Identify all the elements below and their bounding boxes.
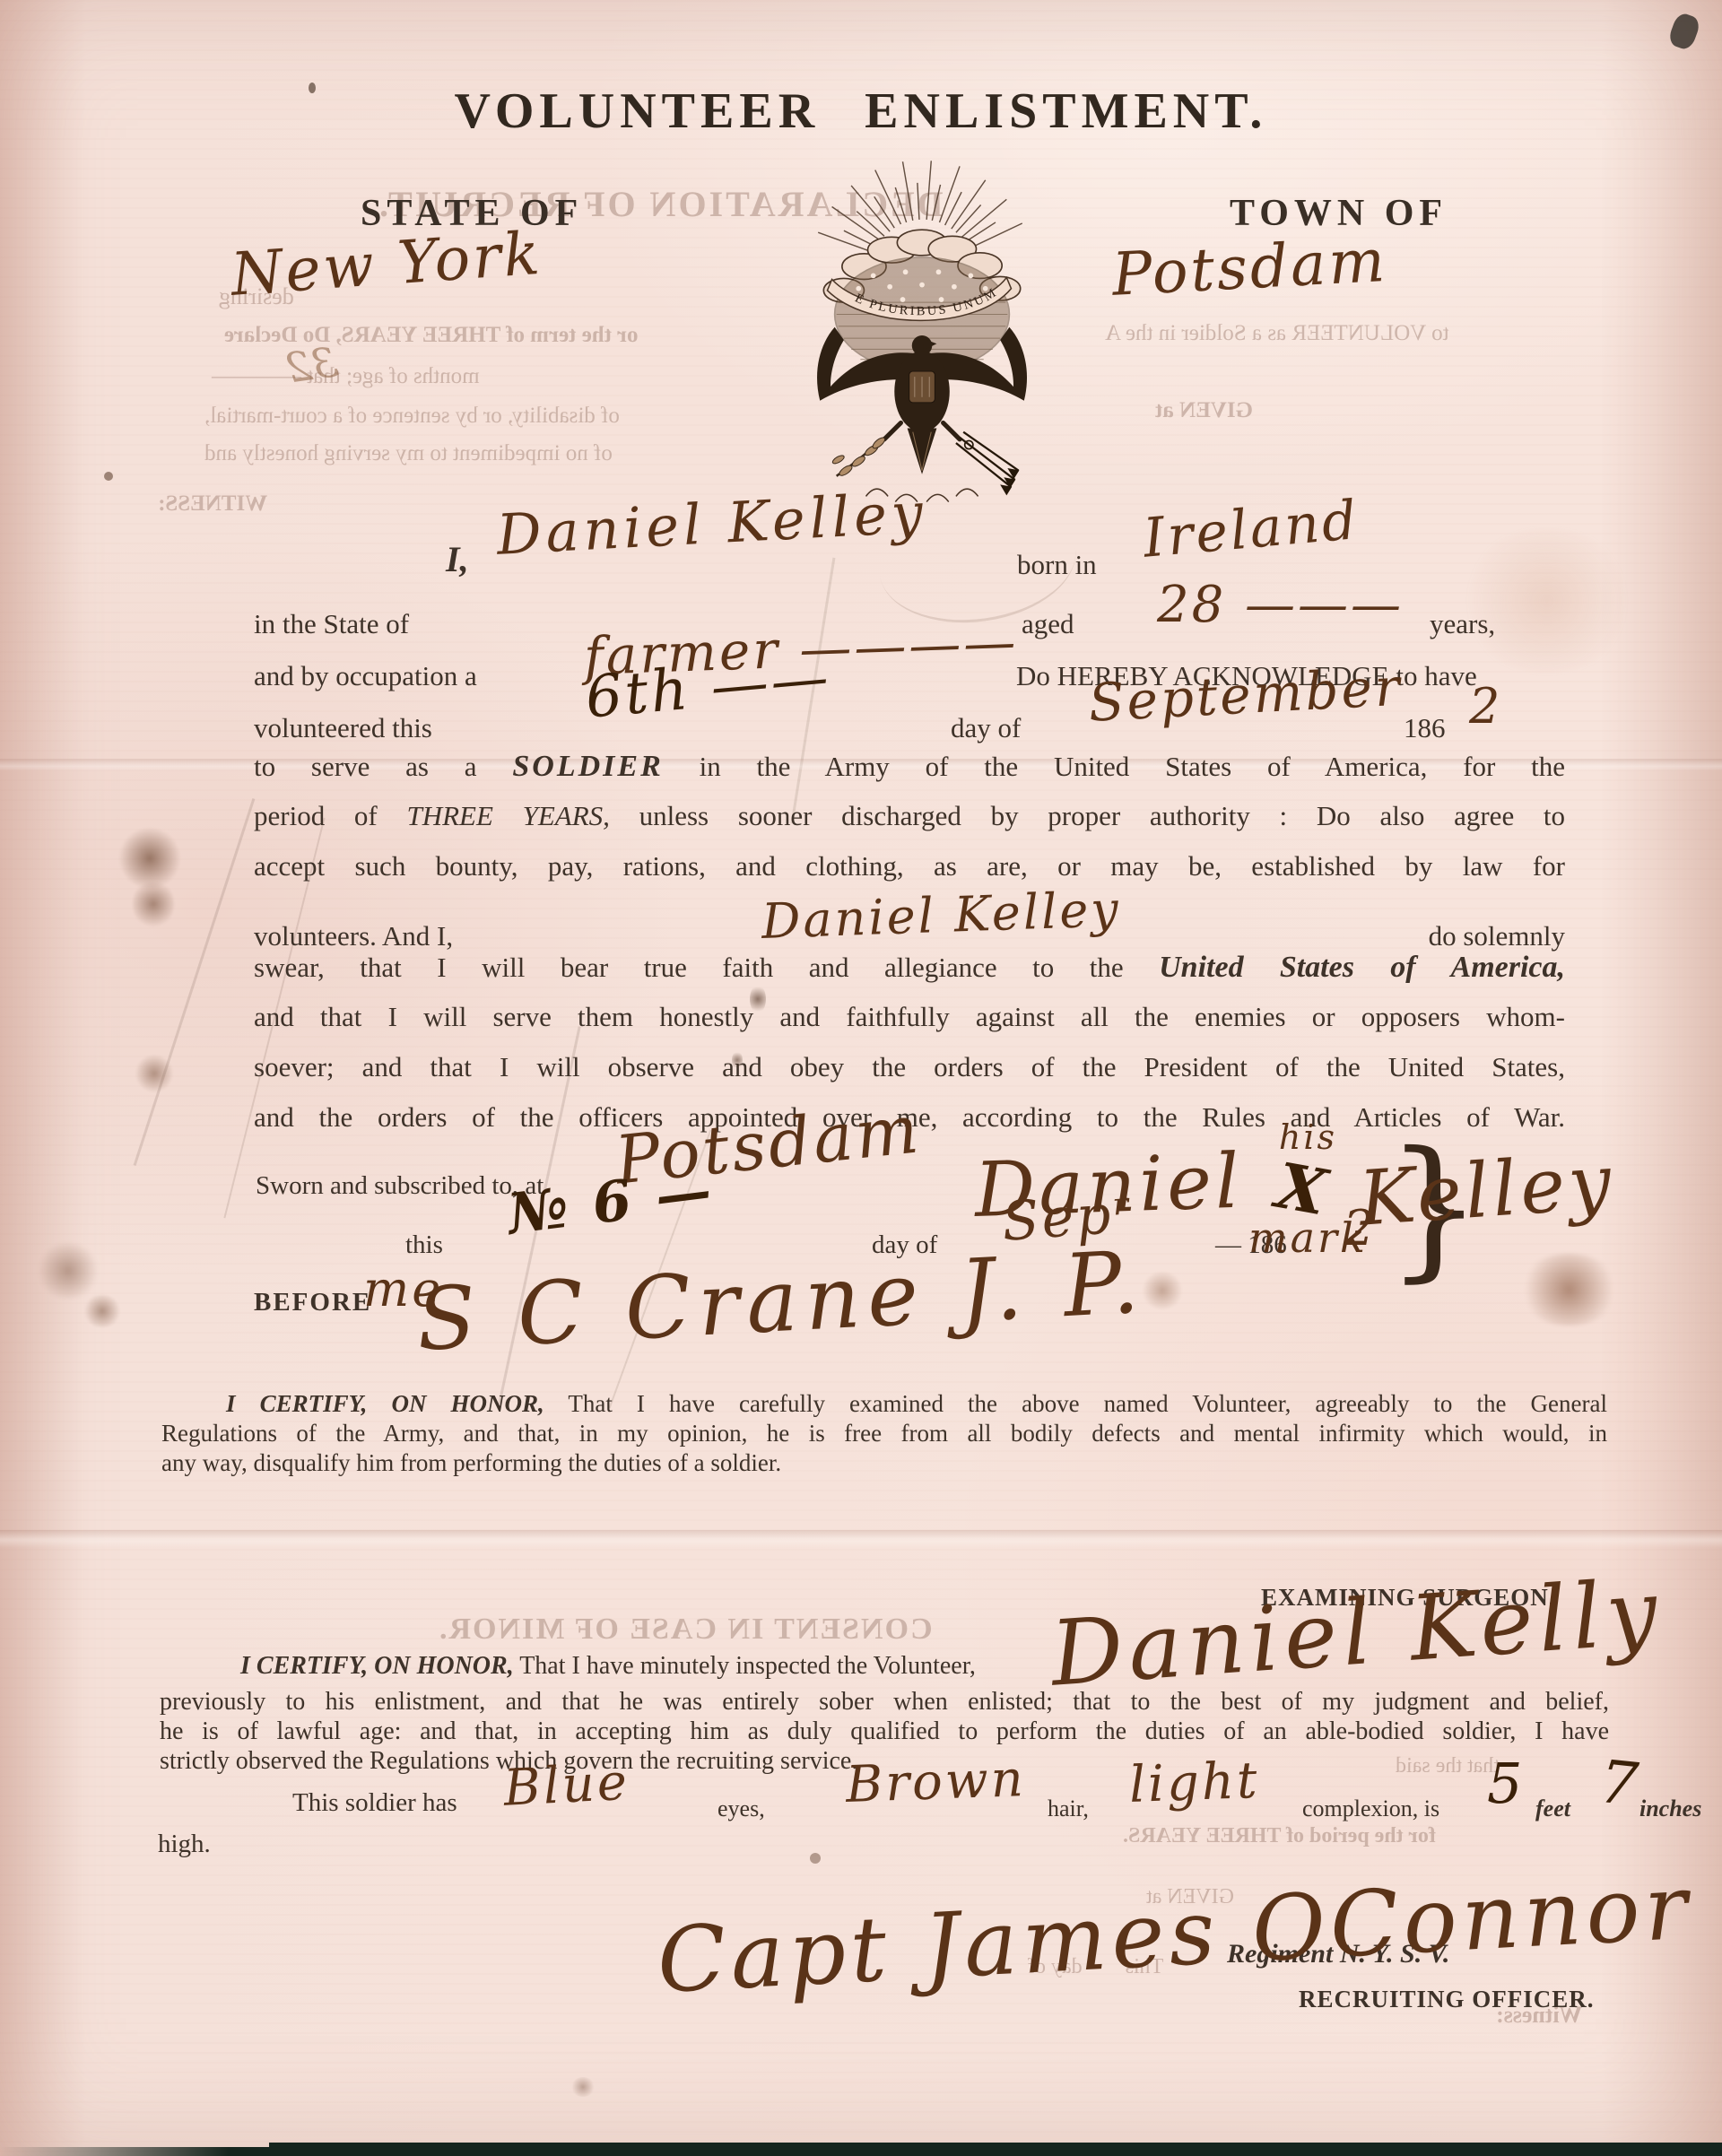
oath-line-1-text: to serve as a xyxy=(254,751,477,782)
occupation-label: and by occupation a xyxy=(254,660,477,692)
stain xyxy=(1141,1272,1184,1309)
olive-branch xyxy=(831,436,886,477)
enlistment-document: DECLARATION OF RECRUIT. desiring or the … xyxy=(0,0,1722,2156)
volunteer-signature-first: Daniel xyxy=(973,1137,1244,1234)
oath-line-4: volunteers. And I, Daniel Kelley do sole… xyxy=(254,900,1565,951)
bleedthrough-period-three-years: for the period of THREE YEARS. xyxy=(1123,1824,1436,1848)
sworn-subscribed-label: Sworn and subscribed to, at xyxy=(256,1171,544,1201)
surgeon-cert-line-3: any way, disqualify him from performing … xyxy=(161,1449,781,1477)
oath-line-2: period of THREE YEARS, unless sooner dis… xyxy=(254,800,1565,832)
eyes-handwritten: Blue xyxy=(502,1753,631,1818)
surgeon-cert-line-2: Regulations of the Army, and that, in my… xyxy=(161,1420,1607,1447)
recruit-cert-line-3: he is of lawful age: and that, in accept… xyxy=(160,1717,1609,1746)
complexion-label: complexion, is xyxy=(1302,1795,1439,1822)
tea-stain xyxy=(1457,529,1637,673)
bleedthrough-given-at-1: GIVEN at xyxy=(1155,398,1253,423)
oath-line-7: soever; and that I will observe and obey… xyxy=(254,1051,1565,1083)
feet-handwritten: 5 xyxy=(1487,1751,1525,1816)
i-certify-lead-1: I CERTIFY, ON HONOR, xyxy=(226,1390,544,1417)
ink-speck xyxy=(104,472,113,481)
before-label: BEFORE xyxy=(254,1288,371,1317)
this-label: this xyxy=(405,1230,443,1260)
oath-line-4-text: volunteers. And I, xyxy=(254,920,453,952)
arrows xyxy=(956,432,1019,495)
recruit-cert-line-1-text: That I have minutely inspected the Volun… xyxy=(519,1652,976,1680)
ink-blot xyxy=(133,879,174,929)
oath-line-4-rest: do solemnly xyxy=(1429,920,1565,952)
ink-blot xyxy=(135,1055,174,1092)
three-years-emphasis: THREE YEARS, xyxy=(406,800,609,831)
document-title: VOLUNTEER ENLISTMENT. xyxy=(0,83,1722,140)
ghost-stroke xyxy=(134,798,256,1166)
eyes-label: eyes, xyxy=(717,1795,765,1822)
his-mark-block: his X mark xyxy=(1248,1117,1368,1262)
years-label: years, xyxy=(1430,608,1495,640)
in-the-state-of-label: in the State of xyxy=(254,608,409,640)
hair-handwritten: Brown xyxy=(845,1750,1027,1814)
bottom-edge-strip xyxy=(269,2143,1722,2156)
surgeon-cert-line-1-text: That I have carefully examined the above… xyxy=(568,1390,1607,1417)
justice-signature: S C Crane J. P. xyxy=(414,1231,1148,1369)
bleedthrough-to-volunteer-line: to VOLUNTEER as a Soldier in the A xyxy=(1105,321,1449,346)
soldier-emphasis: SOLDIER xyxy=(512,750,663,783)
oath-line-5: swear, that I will bear true faith and a… xyxy=(254,951,1565,985)
eagle-emblem: E PLURIBUS UNUM xyxy=(755,151,1087,518)
united-states-emphasis: United States of America, xyxy=(1159,951,1565,984)
eagle-body xyxy=(817,327,1027,474)
volunteered-this-label: volunteered this xyxy=(254,712,432,744)
bleedthrough-witness-1: WITNESS: xyxy=(158,491,267,517)
oath-line-3: accept such bounty, pay, rations, and cl… xyxy=(254,850,1565,882)
ink-speck xyxy=(810,1853,821,1864)
oath-line-1-rest: in the Army of the United States of Amer… xyxy=(700,751,1565,782)
surgeon-cert-line-1: I CERTIFY, ON HONOR, That I have careful… xyxy=(161,1390,1607,1418)
volunteer-name-large-handwritten: Daniel Kelly xyxy=(1048,1559,1665,1706)
oath-line-2-text: period of xyxy=(254,800,378,831)
bleedthrough-that-the-said: that the said xyxy=(1396,1754,1500,1778)
state-handwritten-value: New York xyxy=(229,219,544,309)
year-printed: 186 xyxy=(1404,712,1446,744)
town-handwritten-value: Potsdam xyxy=(1110,226,1389,309)
inches-handwritten: 7 xyxy=(1596,1747,1644,1820)
mark-label: mark xyxy=(1248,1213,1368,1262)
bleedthrough-consent-minor: CONSENT IN CASE OF MINOR. xyxy=(438,1613,933,1647)
edge-mark xyxy=(1666,11,1701,51)
stain xyxy=(570,2077,596,2097)
high-label: high. xyxy=(158,1830,211,1859)
recruit-cert-line-2: previously to his enlistment, and that h… xyxy=(160,1688,1609,1717)
inches-label: inches xyxy=(1639,1795,1701,1822)
day-of-label: day of xyxy=(951,712,1021,744)
volunteer-name-handwritten: Daniel Kelley xyxy=(495,480,929,568)
fold-crease xyxy=(0,1530,1722,1548)
i-certify-lead-2: I CERTIFY, ON HONOR, xyxy=(240,1652,514,1680)
bleedthrough-court-martial: of disability, or by sentence of a court… xyxy=(204,404,620,429)
soldier-has-label: This soldier has xyxy=(292,1788,457,1818)
recruit-cert-line-1: I CERTIFY, ON HONOR, That I have minutel… xyxy=(160,1652,1609,1681)
oath-line-6: and that I will serve them honestly and … xyxy=(254,1001,1565,1033)
recruiting-officer-title: RECRUITING OFFICER. xyxy=(1299,1986,1595,2013)
bleedthrough-months-of-age: months of age; that ———— xyxy=(212,364,480,389)
born-in-label: born in xyxy=(1017,549,1097,581)
feet-label: feet xyxy=(1535,1795,1570,1822)
complexion-handwritten: light xyxy=(1128,1752,1260,1814)
ink-blot xyxy=(118,827,181,890)
year-digit-handwritten: 2 xyxy=(1469,678,1502,735)
bleedthrough-age-32: 32 xyxy=(283,337,341,393)
birthplace-handwritten: Ireland xyxy=(1141,489,1361,570)
ink-blot-signature xyxy=(1518,1254,1621,1326)
bottom-edge-fade xyxy=(0,2147,269,2156)
oath-line-5-text: swear, that I will bear true faith and a… xyxy=(254,952,1124,983)
oath-line-1: to serve as a SOLDIER in the Army of the… xyxy=(254,750,1565,784)
stain xyxy=(36,1243,100,1299)
aged-label: aged xyxy=(1022,608,1074,640)
volunteer-signature-last: Kelley xyxy=(1356,1137,1617,1243)
hair-label: hair, xyxy=(1048,1795,1089,1822)
oath-name-handwritten: Daniel Kelley xyxy=(761,881,1122,950)
bleedthrough-impediment: of no impediment to my serving honestly … xyxy=(204,441,613,466)
oath-line-2-rest: unless sooner discharged by proper autho… xyxy=(639,800,1565,831)
stain xyxy=(83,1295,122,1327)
x-mark: X xyxy=(1273,1157,1333,1221)
sworn-day-handwritten: № 6 — xyxy=(504,1157,717,1248)
age-handwritten: 28 ——— xyxy=(1157,576,1404,634)
i-label: I, xyxy=(446,538,469,580)
